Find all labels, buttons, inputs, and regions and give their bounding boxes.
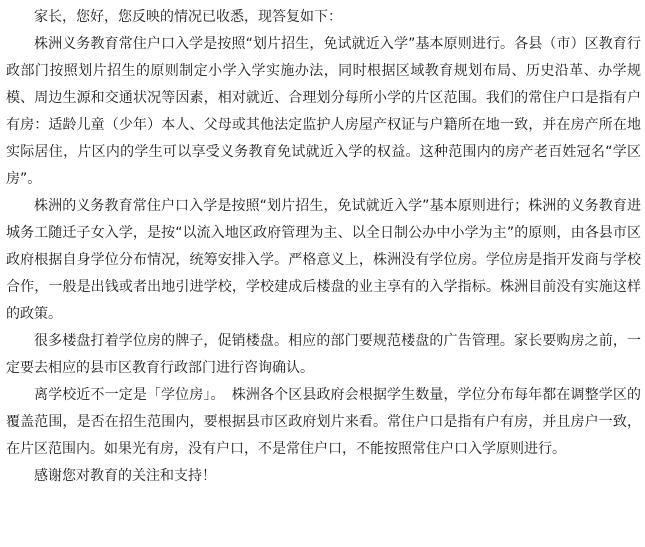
paragraph-advertising-warning: 很多楼盘打着学位房的牌子，促销楼盘。相应的部门要规范楼盘的广告管理。家长要购房之… xyxy=(6,328,641,382)
paragraph-district-adjustment: 离学校近不一定是「学位房」。 株洲各个区县政府会根据学生数量，学位分布每年都在调… xyxy=(6,382,641,463)
paragraph-migrant-enrollment: 株洲的义务教育常住户口入学是按照“划片招生，免试就近入学”基本原则进行；株洲的义… xyxy=(6,193,641,328)
closing-line: 感谢您对教育的关注和支持！ xyxy=(6,463,641,490)
reply-document: 家长，您好，您反映的情况已收悉，现答复如下： 株洲义务教育常住户口入学是按照“划… xyxy=(0,0,645,490)
greeting-line: 家长，您好，您反映的情况已收悉，现答复如下： xyxy=(6,4,641,31)
paragraph-enrollment-principle: 株洲义务教育常住户口入学是按照“划片招生，免试就近入学”基本原则进行。各县（市）… xyxy=(6,31,641,193)
